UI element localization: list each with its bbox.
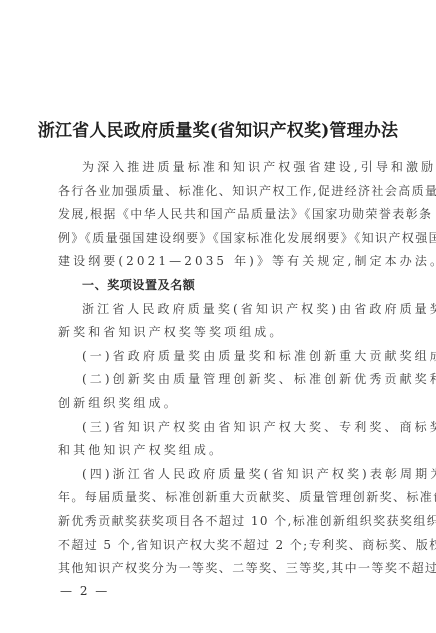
paragraph-line: 例》《质量强国建设纲要》《国家标准化发展纲要》《知识产权强国 bbox=[58, 227, 384, 251]
paragraph-line: 为深入推进质量标准和知识产权强省建设,引导和激励全省 bbox=[58, 156, 384, 180]
document-title: 浙江省人民政府质量奖(省知识产权奖)管理办法 bbox=[0, 116, 436, 141]
paragraph-line: 年。每届质量奖、标准创新重大贡献奖、质量管理创新奖、标准创 bbox=[58, 486, 384, 510]
paragraph-line: (二)创新奖由质量管理创新奖、标准创新优秀贡献奖和标准 bbox=[58, 368, 384, 392]
page-number: — 2 — bbox=[60, 584, 109, 598]
paragraph-line: 不超过 5 个,省知识产权大奖不超过 2 个;专利奖、商标奖、版权和 bbox=[58, 534, 384, 558]
paragraph-line: (四)浙江省人民政府质量奖(省知识产权奖)表彰周期为 2 bbox=[58, 463, 384, 487]
section-heading: 一、奖项设置及名额 bbox=[58, 274, 384, 298]
paragraph-line: 新奖和省知识产权奖等奖项组成。 bbox=[58, 321, 384, 345]
paragraph-line: 建设纲要(2021—2035 年)》等有关规定,制定本办法。 bbox=[58, 250, 384, 274]
paragraph-line: 浙江省人民政府质量奖(省知识产权奖)由省政府质量奖、创 bbox=[58, 298, 384, 322]
paragraph-line: (一)省政府质量奖由质量奖和标准创新重大贡献奖组成。 bbox=[58, 345, 384, 369]
paragraph-line: 其他知识产权奖分为一等奖、二等奖、三等奖,其中一等奖不超过 bbox=[58, 557, 384, 581]
document-body: 为深入推进质量标准和知识产权强省建设,引导和激励全省 各行各业加强质量、标准化、… bbox=[58, 156, 384, 581]
paragraph-line: 发展,根据《中华人民共和国产品质量法》《国家功勋荣誉表彰条 bbox=[58, 203, 384, 227]
paragraph-line: (三)省知识产权奖由省知识产权大奖、专利奖、商标奖、版权 bbox=[58, 416, 384, 440]
paragraph-line: 和其他知识产权奖组成。 bbox=[58, 439, 384, 463]
paragraph-line: 新优秀贡献奖获奖项目各不超过 10 个,标准创新组织奖获奖组织 bbox=[58, 510, 384, 534]
document-page: 浙江省人民政府质量奖(省知识产权奖)管理办法 为深入推进质量标准和知识产权强省建… bbox=[0, 0, 436, 633]
paragraph-line: 创新组织奖组成。 bbox=[58, 392, 384, 416]
paragraph-line: 各行各业加强质量、标准化、知识产权工作,促进经济社会高质量 bbox=[58, 180, 384, 204]
